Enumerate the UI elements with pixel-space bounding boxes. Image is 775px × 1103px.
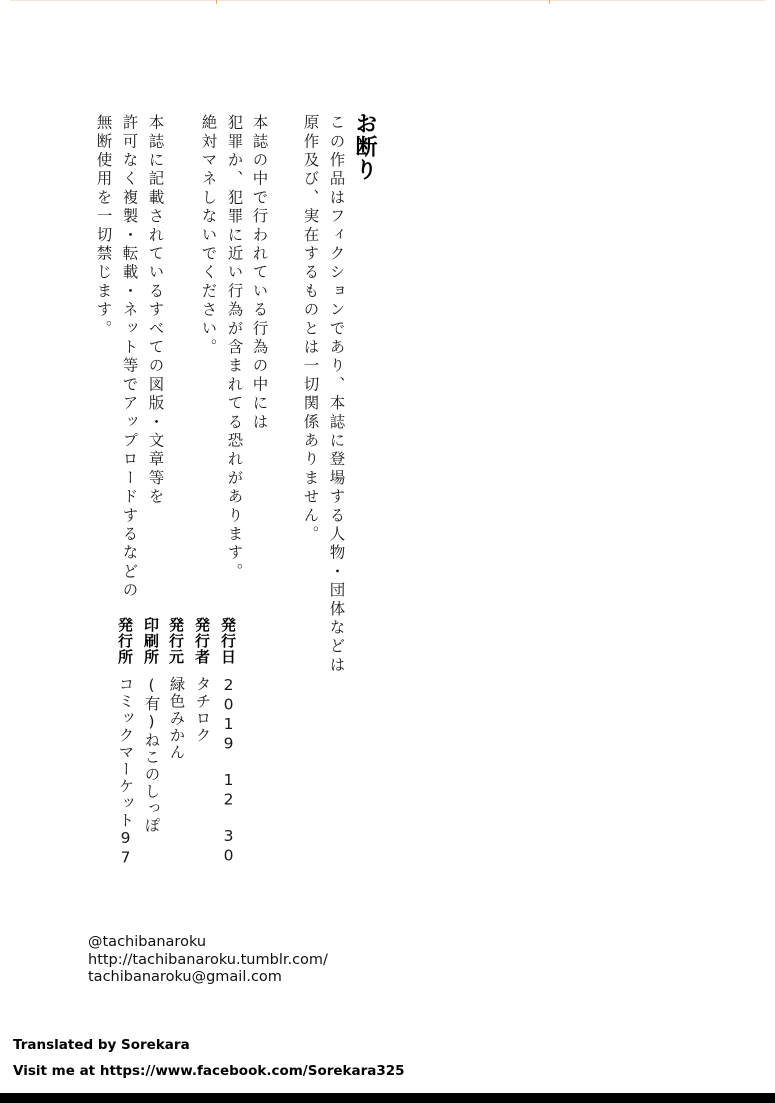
colophon-label-venue: 発行所 xyxy=(117,617,132,665)
notice-p2-line1: 本誌の中で行われている行為の中には xyxy=(251,114,267,432)
notice-p2-line2: 犯罪か、犯罪に近い行為が含まれてる恐れがあります。 xyxy=(226,114,242,582)
notice-p2-line3: 絶対マネしないでください。 xyxy=(200,114,216,357)
notice-p3-line1: 本誌に記載されているすべての図版・文章等を xyxy=(147,114,163,507)
colophon-label-printer: 印刷所 xyxy=(143,617,158,665)
colophon-value-issuer: 緑色みかん xyxy=(168,676,184,761)
author-contact: @tachibanaroku http://tachibanaroku.tumb… xyxy=(88,934,328,987)
top-divider-tick xyxy=(216,0,217,4)
colophon-label-publish-date: 発行日 xyxy=(220,617,235,665)
author-twitter: @tachibanaroku xyxy=(88,934,328,952)
bottom-black-bar xyxy=(0,1093,775,1103)
colophon-label-issuer: 発行元 xyxy=(168,617,183,665)
notice-heading: お断り xyxy=(353,112,375,181)
top-page-bleed xyxy=(0,0,775,4)
colophon-value-publish-date: 2019 12 30 xyxy=(220,676,236,866)
notice-p3-line3: 無断使用を一切禁じます。 xyxy=(95,114,111,338)
translator-visit-link: Visit me at https://www.facebook.com/Sor… xyxy=(13,1063,405,1079)
notice-p1-line1: この作品はフィクションであり、本誌に登場する人物・団体などは xyxy=(328,114,344,675)
colophon-value-printer: (有)ねこのしっぽ xyxy=(143,676,159,834)
author-tumblr-link: http://tachibanaroku.tumblr.com/ xyxy=(88,952,328,970)
top-divider-line xyxy=(10,0,765,1)
colophon-label-publisher: 発行者 xyxy=(194,617,209,665)
colophon-value-publisher: タチロク xyxy=(194,676,210,744)
notice-p3-line2: 許可なく複製・転載・ネット等でアップロードするなどの xyxy=(121,114,137,600)
colophon-value-venue: コミックマーケット97 xyxy=(117,676,133,868)
notice-p1-line2: 原作及び、実在するものとは一切関係ありません。 xyxy=(302,114,318,544)
author-email: tachibanaroku@gmail.com xyxy=(88,969,328,987)
top-divider-tick xyxy=(549,0,550,4)
translated-by: Translated by Sorekara xyxy=(13,1037,190,1053)
